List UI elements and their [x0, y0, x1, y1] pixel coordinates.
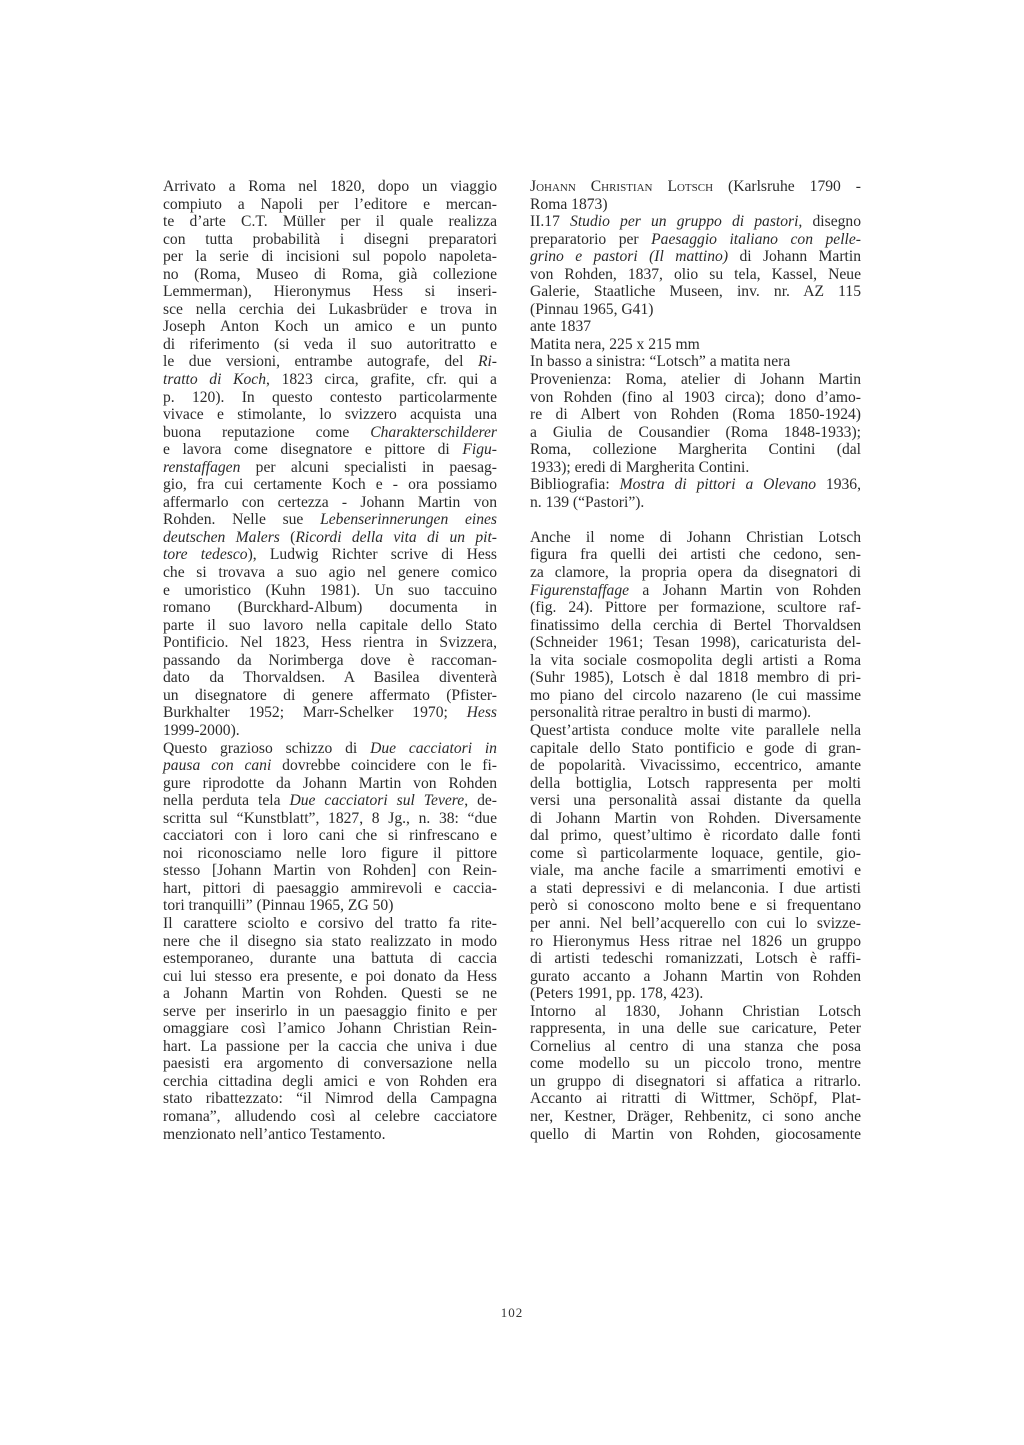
paragraph-gap: [530, 511, 861, 529]
text-line: te d’arte C.T. Müller per il quale reali…: [163, 213, 497, 231]
text-line: Provenienza: Roma, atelier di Johann Mar…: [530, 371, 861, 389]
text-line: finatissimo della cerchia di Bertel Thor…: [530, 617, 861, 635]
text-line: II.17 Studio per un gruppo di pastori, d…: [530, 213, 861, 231]
text-line: vivace e stimolante, lo svizzero acquist…: [163, 406, 497, 424]
text-line: però si conoscono molto bene e si freque…: [530, 897, 861, 915]
text-line: passando da Norimberga dove è raccoman-: [163, 652, 497, 670]
text-line: von Rohden (fino al 1903 circa); dono d’…: [530, 389, 861, 407]
text-line: a Johann Martin von Rohden. Questi se ne: [163, 985, 497, 1003]
text-line: come sì particolarmente loquace, gentile…: [530, 845, 861, 863]
text-line: la vita sociale cosmopolita degli artist…: [530, 652, 861, 670]
text-line: von Rohden, 1837, olio su tela, Kassel, …: [530, 266, 861, 284]
text-line: le due versioni, entrambe autografe, del…: [163, 353, 497, 371]
text-line: di riferimento (si veda il suo autoritra…: [163, 336, 497, 354]
text-line: Figurenstaffage a Johann Martin von Rohd…: [530, 582, 861, 600]
text-line: Burkhalter 1952; Marr-Schelker 1970; Hes…: [163, 704, 497, 722]
text-line: Accanto ai ritratti di Wittmer, Schöpf, …: [530, 1090, 861, 1108]
text-line: Arrivato a Roma nel 1820, dopo un viaggi…: [163, 178, 497, 196]
text-line: sce nella cerchia dei Lukasbrüder e trov…: [163, 301, 497, 319]
text-line: tori tranquilli” (Pinnau 1965, ZG 50): [163, 897, 497, 915]
text-line: (Pinnau 1965, G41): [530, 301, 861, 319]
text-line: stesso [Johann Martin von Rohden] con Re…: [163, 862, 497, 880]
text-line: di Johann Martin von Rohden. Diversament…: [530, 810, 861, 828]
text-line: Il carattere sciolto e corsivo del tratt…: [163, 915, 497, 933]
text-line: n. 139 (“Pastori”).: [530, 494, 861, 512]
text-line: Pontificio. Nel 1823, Hess rientra in Sv…: [163, 634, 497, 652]
text-line: Roma, collezione Margherita Contini (dal: [530, 441, 861, 459]
text-line: hart, pittori di paesaggio ammirevoli e …: [163, 880, 497, 898]
text-line: un gruppo di disegnatori si affatica a r…: [530, 1073, 861, 1091]
text-line: versi una personalità assai distante da …: [530, 792, 861, 810]
text-line: a Giulia de Cousandier (Roma 1848-1933);: [530, 424, 861, 442]
text-line: stato ribattezzato: “il Nimrod della Cam…: [163, 1090, 497, 1108]
text-line: scritta sul “Kunstblatt”, 1827, 8 Jg., n…: [163, 810, 497, 828]
text-line: (fig. 24). Pittore per formazione, scult…: [530, 599, 861, 617]
text-line: un disegnatore di genere affermato (Pfis…: [163, 687, 497, 705]
text-line: Johann Christian Lotsch (Karlsruhe 1790 …: [530, 178, 861, 196]
text-line: cui lui stesso era presente, e poi donat…: [163, 968, 497, 986]
text-line: e umoristico (Kuhn 1981). Un suo taccuin…: [163, 582, 497, 600]
text-line: che si trovava a suo agio nel genere com…: [163, 564, 497, 582]
text-line: Intorno al 1830, Johann Christian Lotsch: [530, 1003, 861, 1021]
text-line: come modello su un piccolo trono, mentre: [530, 1055, 861, 1073]
text-line: figura fra quelli dei artisti che cedono…: [530, 546, 861, 564]
text-line: mo piano del circolo nazareno (le cui ma…: [530, 687, 861, 705]
text-line: serve per inserirlo in un paesaggio fini…: [163, 1003, 497, 1021]
text-line: cerchia cittadina degli amici e von Rohd…: [163, 1073, 497, 1091]
text-line: In basso a sinistra: “Lotsch” a matita n…: [530, 353, 861, 371]
text-line: della bottiglia, Lotsch rappresenta per …: [530, 775, 861, 793]
text-line: re di Albert von Rohden (Roma 1850-1924): [530, 406, 861, 424]
text-line: ro Hieronymus Hess ritrae nel 1826 un gr…: [530, 933, 861, 951]
text-line: compiuto a Napoli per l’editore e mercan…: [163, 196, 497, 214]
text-line: di artisti tedeschi romanizzati, Lotsch …: [530, 950, 861, 968]
text-line: (Peters 1991, pp. 178, 423).: [530, 985, 861, 1003]
text-line: de popolarità. Vivacissimo, eccentrico, …: [530, 757, 861, 775]
text-line: affermarlo con certezza - Johann Martin …: [163, 494, 497, 512]
text-line: Galerie, Staatliche Museen, inv. nr. AZ …: [530, 283, 861, 301]
text-line: Anche il nome di Johann Christian Lotsch: [530, 529, 861, 547]
text-line: capitale dello Stato pontificio e gode d…: [530, 740, 861, 758]
text-line: Lemmerman), Hieronymus Hess si inseri-: [163, 283, 497, 301]
right-column: Johann Christian Lotsch (Karlsruhe 1790 …: [530, 178, 861, 1143]
text-line: Roma 1873): [530, 196, 861, 214]
text-line: dato da Thorvaldsen. A Basilea diventerà: [163, 669, 497, 687]
text-line: ante 1837: [530, 318, 861, 336]
text-line: paesisti era argomento di conversazione …: [163, 1055, 497, 1073]
text-line: (Suhr 1985), Lotsch è dal 1818 membro di…: [530, 669, 861, 687]
text-line: per la serie di incisioni sul popolo nap…: [163, 248, 497, 266]
text-line: per anni. Nel bell’acquerello con cui lo…: [530, 915, 861, 933]
left-column: Arrivato a Roma nel 1820, dopo un viaggi…: [163, 178, 497, 1143]
text-line: (Schneider 1961; Tesan 1998), caricaturi…: [530, 634, 861, 652]
text-line: rappresenta, in una delle sue caricature…: [530, 1020, 861, 1038]
text-line: Rohden. Nelle sue Lebenserinnerungen ein…: [163, 511, 497, 529]
text-line: gio, fra cui certamente Koch e - ora pos…: [163, 476, 497, 494]
text-line: viale, ma anche facile a smarrimenti emo…: [530, 862, 861, 880]
text-line: Joseph Anton Koch un amico e un punto: [163, 318, 497, 336]
text-line: deutschen Malers (Ricordi della vita di …: [163, 529, 497, 547]
text-line: tore tedesco), Ludwig Richter scrive di …: [163, 546, 497, 564]
text-line: menzionato nell’antico Testamento.: [163, 1126, 497, 1144]
text-line: omaggiare così l’amico Johann Christian …: [163, 1020, 497, 1038]
text-line: 1933); eredi di Margherita Contini.: [530, 459, 861, 477]
text-line: hart. La passione per la caccia che univ…: [163, 1038, 497, 1056]
text-line: cacciatori con i loro cani che si rinfre…: [163, 827, 497, 845]
text-line: Cornelius al centro di una stanza che po…: [530, 1038, 861, 1056]
text-line: p. 120). In questo contesto particolarme…: [163, 389, 497, 407]
text-line: dal primo, quest’ultimo è ricordato dall…: [530, 827, 861, 845]
text-line: Matita nera, 225 x 215 mm: [530, 336, 861, 354]
text-line: gurato accanto a Johann Martin von Rohde…: [530, 968, 861, 986]
text-line: noi riconosciamo nelle loro figure il pi…: [163, 845, 497, 863]
text-line: buona reputazione come Charakterschilder…: [163, 424, 497, 442]
text-line: estemporaneo, durante una battuta di cac…: [163, 950, 497, 968]
text-line: grino e pastori (Il mattino) di Johann M…: [530, 248, 861, 266]
text-line: con tutta probabilità i disegni preparat…: [163, 231, 497, 249]
text-line: pausa con cani dovrebbe coincidere con l…: [163, 757, 497, 775]
text-line: Quest’artista conduce molte vite paralle…: [530, 722, 861, 740]
text-line: nella perduta tela Due cacciatori sul Te…: [163, 792, 497, 810]
text-line: renstaffagen per alcuni specialisti in p…: [163, 459, 497, 477]
text-line: romana”, alludendo così al celebre cacci…: [163, 1108, 497, 1126]
text-line: personalità ritrae peraltro in busti di …: [530, 704, 861, 722]
text-line: ner, Kestner, Dräger, Rehbenitz, ci sono…: [530, 1108, 861, 1126]
text-line: no (Roma, Museo di Roma, già collezione: [163, 266, 497, 284]
text-line: parte il suo lavoro nella capitale dello…: [163, 617, 497, 635]
text-line: Questo grazioso schizzo di Due cacciator…: [163, 740, 497, 758]
text-line: e lavora come disegnatore e pittore di F…: [163, 441, 497, 459]
text-line: gure riprodotte da Johann Martin von Roh…: [163, 775, 497, 793]
text-line: Bibliografia: Mostra di pittori a Olevan…: [530, 476, 861, 494]
text-line: 1999-2000).: [163, 722, 497, 740]
text-line: quello di Martin von Rohden, giocosament…: [530, 1126, 861, 1144]
text-line: a stati depressivi e di melanconia. I du…: [530, 880, 861, 898]
text-line: nere che il disegno sia stato realizzato…: [163, 933, 497, 951]
page-number: 102: [0, 1305, 1024, 1321]
text-line: za clamore, la propria opera da disegnat…: [530, 564, 861, 582]
text-line: romano (Burckhard-Album) documenta in: [163, 599, 497, 617]
text-line: preparatorio per Paesaggio italiano con …: [530, 231, 861, 249]
text-line: tratto di Koch, 1823 circa, grafite, cfr…: [163, 371, 497, 389]
